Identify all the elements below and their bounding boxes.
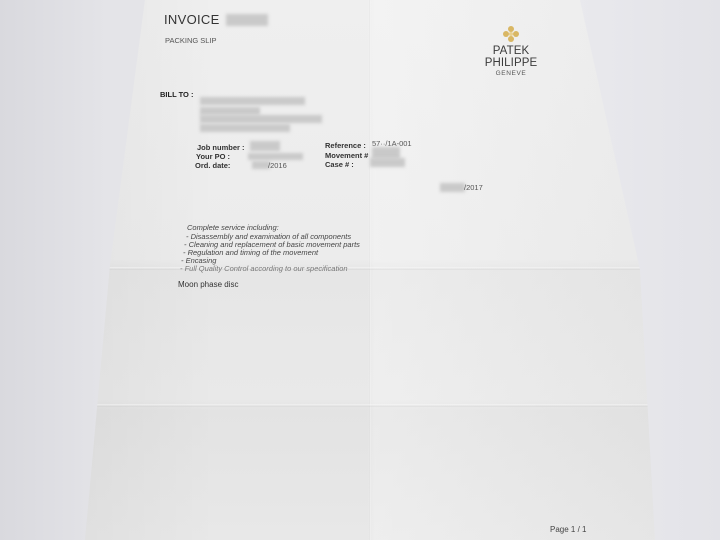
case-label: Case # : [325,160,354,169]
calatrava-cross-icon [503,26,519,42]
job-number-label: Job number : [197,143,245,152]
fold-line-top [0,267,720,270]
service-intro: Complete service including: [187,223,279,232]
service-item: - Full Quality Control according to our … [180,264,348,273]
bill-to-label: BILL TO : [160,90,193,99]
ord-date-value: /2016 [268,161,287,170]
redacted-invoice-number [226,14,268,26]
brand-name: PATEK PHILIPPE [466,45,556,69]
redacted-job-number [250,141,280,151]
movement-label: Movement # [325,151,368,160]
invoice-title: INVOICE [164,12,220,27]
fold-line-vertical [369,0,371,540]
page-number: Page 1 / 1 [550,525,586,534]
invoice-date: /2017 [464,183,483,192]
redacted-po [248,153,303,160]
ord-date-label: Ord. date: [195,161,230,170]
your-po-label: Your PO : [196,152,230,161]
reference-label: Reference : [325,141,366,150]
extra-item: Moon phase disc [178,280,238,289]
redacted-case [370,158,405,167]
fold-line-bottom [0,404,720,407]
redacted-date [440,183,465,192]
brand-logo: PATEK PHILIPPE GENEVE [466,26,556,77]
packing-slip-label: PACKING SLIP [165,36,217,45]
brand-city: GENEVE [466,70,556,77]
invoice-paper: INVOICE PACKING SLIP PATEK PHILIPPE GENE… [0,0,720,540]
